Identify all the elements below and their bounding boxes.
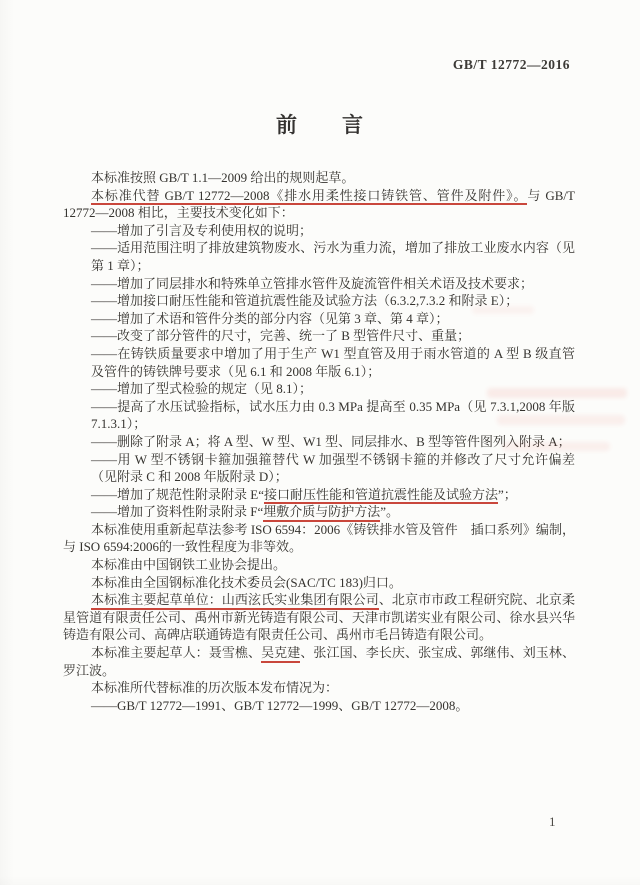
paragraph: ——增加接口耐压性能和管道抗震性能及试验方法（6.3.2,7.3.2 和附录 E… bbox=[91, 292, 575, 310]
paragraph: ——增加了规范性附录附录 E“接口耐压性能和管道抗震性能及试验方法”； bbox=[91, 486, 575, 504]
text-segment: ——删除了附录 A；将 A 型、W 型、W1 型、同层排水、B 型等管件图列入附… bbox=[91, 434, 571, 449]
text-segment: ——用 W 型不锈钢卡箍加强箍替代 W 加强型不锈钢卡箍的并修改了尺寸允许偏差（… bbox=[91, 452, 575, 485]
text-segment: 本标准主要起草人：聂雪樵、 bbox=[91, 645, 261, 660]
paragraph: ——增加了资料性附录附录 F“埋敷介质与防护方法”。 bbox=[91, 503, 575, 521]
paragraph: ——改变了部分管件的尺寸，完善、统一了 B 型管件尺寸、重量； bbox=[91, 327, 575, 345]
standard-code: GB/T 12772—2016 bbox=[453, 57, 570, 72]
paragraph: ——提高了水压试验指标，试水压力由 0.3 MPa 提高至 0.35 MPa（见… bbox=[91, 398, 575, 433]
text-segment: ——适用范围注明了排放建筑物废水、污水为重力流，增加了排放工业废水内容（见第 1… bbox=[91, 240, 575, 273]
text-segment: ——增加了型式检验的规定（见 8.1）； bbox=[91, 381, 312, 396]
paragraph: ——增加了术语和管件分类的部分内容（见第 3 章、第 4 章）； bbox=[91, 310, 575, 328]
text-segment: ——增加了同层排水和特殊单立管排水管件及旋流管件相关术语及技术要求； bbox=[91, 276, 533, 291]
paragraph: 本标准按照 GB/T 1.1—2009 给出的规则起草。 bbox=[63, 169, 575, 187]
text-segment: ——增加了引言及专利使用权的说明； bbox=[91, 223, 312, 238]
red-underlined-text: 接口耐压性能和管道抗震性能及试验方法 bbox=[264, 487, 498, 505]
paragraph: 本标准主要起草单位：山西泫氏实业集团有限公司、北京市市政工程研究院、北京柔星管道… bbox=[63, 591, 575, 644]
page-number: 1 bbox=[549, 814, 556, 830]
paragraph: ——在铸铁质量要求中增加了用于生产 W1 型直管及用于雨水管道的 A 型 B 级… bbox=[91, 345, 575, 380]
text-segment: ——在铸铁质量要求中增加了用于生产 W1 型直管及用于雨水管道的 A 型 B 级… bbox=[91, 346, 575, 379]
text-segment: ——增加了规范性附录附录 E“ bbox=[91, 487, 264, 502]
scanned-document-page: GB/T 12772—2016 前 言 本标准按照 GB/T 1.1—2009 … bbox=[0, 0, 640, 885]
paragraph: ——删除了附录 A；将 A 型、W 型、W1 型、同层排水、B 型等管件图列入附… bbox=[91, 433, 575, 451]
red-underlined-text: 吴克建 bbox=[261, 645, 300, 663]
text-segment: 本标准按照 GB/T 1.1—2009 给出的规则起草。 bbox=[91, 170, 354, 185]
paragraph: 本标准由中国钢铁工业协会提出。 bbox=[63, 556, 575, 574]
paragraph: ——增加了同层排水和特殊单立管排水管件及旋流管件相关术语及技术要求； bbox=[91, 275, 575, 293]
text-segment: 本标准所代替标准的历次版本发布情况为： bbox=[91, 680, 338, 695]
text-segment: ——改变了部分管件的尺寸，完善、统一了 B 型管件尺寸、重量； bbox=[91, 328, 470, 343]
text-segment: ”。 bbox=[380, 504, 399, 519]
red-underlined-text: 埋敷介质与防护方法 bbox=[263, 504, 380, 522]
text-segment: ——增加了术语和管件分类的部分内容（见第 3 章、第 4 章）； bbox=[91, 311, 449, 326]
page-title: 前 言 bbox=[0, 109, 640, 139]
paragraph: ——用 W 型不锈钢卡箍加强箍替代 W 加强型不锈钢卡箍的并修改了尺寸允许偏差（… bbox=[91, 451, 575, 486]
paragraph: 本标准由全国钢标准化技术委员会(SAC/TC 183)归口。 bbox=[63, 574, 575, 592]
paragraph: 本标准使用重新起草法参考 ISO 6594：2006《铸铁排水管及管件 插口系列… bbox=[63, 521, 575, 556]
paragraph: 本标准代替 GB/T 12772—2008《排水用柔性接口铸铁管、管件及附件》。… bbox=[63, 187, 575, 222]
paragraph: ——GB/T 12772—1991、GB/T 12772—1999、GB/T 1… bbox=[91, 697, 575, 715]
red-underlined-text: 本标准代替 GB/T 12772—2008《排水用柔性接口铸铁管、管件及附件》。 bbox=[91, 188, 527, 206]
text-segment: ”； bbox=[498, 487, 517, 502]
text-segment: ——提高了水压试验指标，试水压力由 0.3 MPa 提高至 0.35 MPa（见… bbox=[91, 399, 575, 432]
text-segment: 本标准由全国钢标准化技术委员会(SAC/TC 183)归口。 bbox=[91, 575, 402, 590]
text-segment: ——增加接口耐压性能和管道抗震性能及试验方法（6.3.2,7.3.2 和附录 E… bbox=[91, 293, 518, 308]
text-segment: ——增加了资料性附录附录 F“ bbox=[91, 504, 263, 519]
page-header: GB/T 12772—2016 bbox=[0, 0, 640, 73]
red-underlined-text: 本标准主要起草单位：山西泫氏实业集团有限公司 bbox=[91, 592, 379, 610]
paragraph: 本标准所代替标准的历次版本发布情况为： bbox=[63, 679, 575, 697]
text-segment: ——GB/T 12772—1991、GB/T 12772—1999、GB/T 1… bbox=[91, 698, 468, 713]
text-segment: 本标准由中国钢铁工业协会提出。 bbox=[91, 557, 286, 572]
document-body: 本标准按照 GB/T 1.1—2009 给出的规则起草。本标准代替 GB/T 1… bbox=[63, 169, 575, 714]
paragraph: ——适用范围注明了排放建筑物废水、污水为重力流，增加了排放工业废水内容（见第 1… bbox=[91, 239, 575, 274]
paragraph: ——增加了型式检验的规定（见 8.1）； bbox=[91, 380, 575, 398]
paragraph: 本标准主要起草人：聂雪樵、吴克建、张江国、李长庆、张宝成、郭继伟、刘玉林、罗江波… bbox=[63, 644, 575, 679]
text-segment: 本标准使用重新起草法参考 ISO 6594：2006《铸铁排水管及管件 插口系列… bbox=[63, 522, 575, 555]
paragraph: ——增加了引言及专利使用权的说明； bbox=[91, 222, 575, 240]
